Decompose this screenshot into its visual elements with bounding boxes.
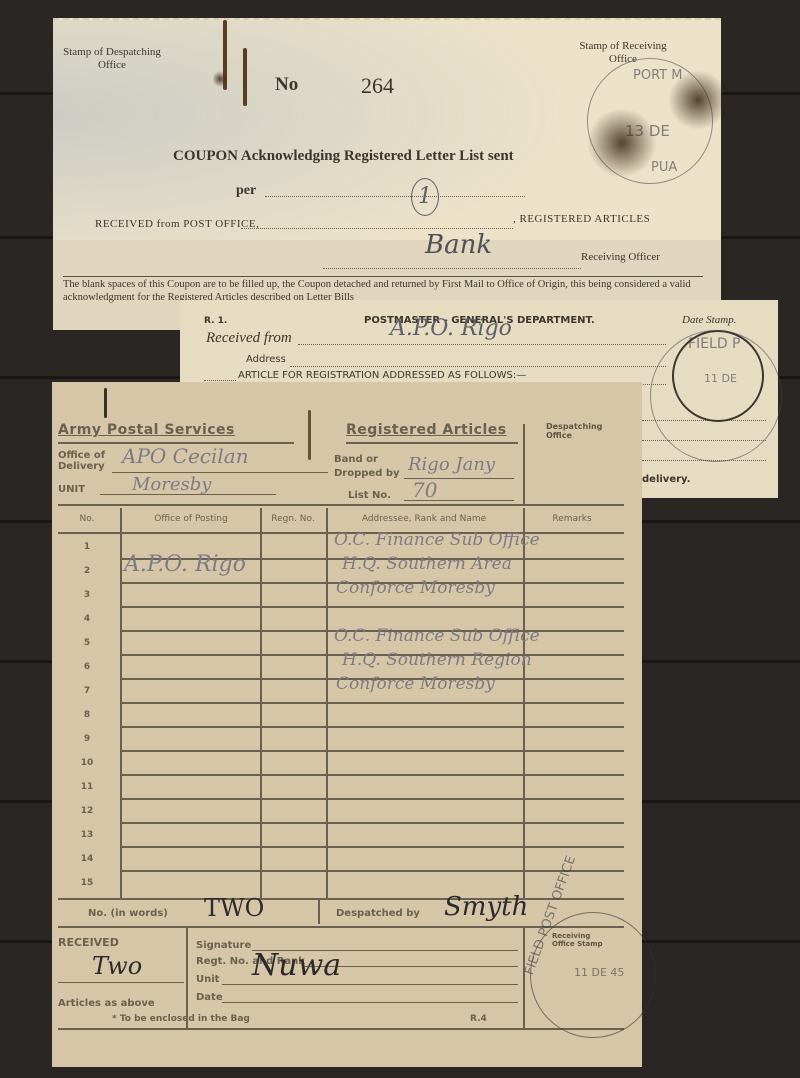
- postmark-text: FIELD P: [688, 336, 741, 352]
- coupon-separator: [63, 276, 703, 277]
- list-no-label: List No.: [348, 490, 391, 501]
- rust-mark: [243, 48, 247, 106]
- row-number: 14: [80, 854, 94, 864]
- col-header-addressee: Addressee, Rank and Name: [326, 514, 522, 524]
- date-label: Date: [196, 992, 223, 1003]
- row-number: 4: [80, 614, 94, 624]
- row-number: 15: [80, 878, 94, 888]
- army-postal-services-form: Army Postal Services Registered Articles…: [52, 382, 642, 1067]
- form-title-right: Registered Articles: [346, 422, 507, 438]
- row-line: [120, 726, 624, 728]
- postmark-date: 11 DE: [704, 372, 737, 385]
- addressee-value: O.C. Finance Sub Office: [334, 530, 540, 550]
- unit-label-bottom: Unit: [196, 974, 219, 985]
- form-title-left: Army Postal Services: [58, 422, 235, 438]
- col-header-regn: Regn. No.: [260, 514, 326, 524]
- row-number: 11: [80, 782, 94, 792]
- article-heading: ARTICLE FOR REGISTRATION ADDRESSED AS FO…: [238, 370, 526, 381]
- burn-stain: [668, 70, 728, 130]
- stamp-despatching-label: Stamp of Despatching Office: [57, 46, 167, 72]
- row-number: 8: [80, 710, 94, 720]
- received-from-field[interactable]: [241, 228, 513, 229]
- footer-line: [58, 1028, 624, 1030]
- row-line: [120, 702, 624, 704]
- postmark-date: 11 DE 45: [574, 966, 624, 979]
- table-bottom-border: [58, 898, 624, 900]
- articles-as-above-label: Articles as above: [58, 998, 155, 1009]
- coupon-number-prefix: No: [275, 74, 298, 96]
- col-header-no: No.: [62, 514, 112, 524]
- col-divider: [523, 508, 525, 900]
- no-in-words-label: No. (in words): [88, 908, 168, 919]
- office-of-posting-value: A.P.O. Rigo: [124, 552, 246, 577]
- addressee-value: H.Q. Southern Region: [342, 650, 532, 670]
- unit-label: UNIT: [58, 484, 85, 495]
- received-from-value: A.P.O. Rigo: [390, 316, 512, 341]
- despatched-by-label: Despatched by: [336, 908, 420, 919]
- receiving-officer-label: Receiving Officer: [581, 251, 660, 263]
- addressee-value: Conforce Moresby: [336, 674, 495, 694]
- receiving-officer-field[interactable]: [323, 268, 581, 269]
- address-field[interactable]: [290, 366, 666, 367]
- dropped-by-value: Rigo Jany: [408, 454, 495, 475]
- row-line: [120, 750, 624, 752]
- col-header-remarks: Remarks: [524, 514, 620, 524]
- col-divider: [326, 508, 328, 900]
- received-from-field[interactable]: [298, 344, 666, 345]
- office-of-delivery-value: APO Cecilan: [122, 444, 249, 468]
- row-number: 10: [80, 758, 94, 768]
- rust-mark: [308, 410, 311, 460]
- date-stamp-label: Date Stamp.: [682, 314, 736, 326]
- received-value: Two: [92, 952, 142, 980]
- receiver-signature: Nuwa: [252, 948, 341, 983]
- received-from-label: Received from: [206, 330, 292, 347]
- unit-field-bottom[interactable]: [222, 984, 518, 985]
- article-dots: [204, 380, 236, 381]
- table-top-border: [58, 504, 624, 506]
- per-value-handwritten: 1: [411, 178, 439, 216]
- receiving-officer-signature: Bank: [425, 230, 492, 260]
- divider: [523, 928, 525, 1028]
- coupon-title: COUPON Acknowledging Registered Letter L…: [173, 148, 514, 165]
- footer-note: * To be enclosed in the Bag: [112, 1014, 250, 1024]
- addressee-value: Conforce Moresby: [336, 578, 495, 598]
- address-label: Address: [246, 354, 286, 365]
- signature-label: Signature: [196, 940, 251, 951]
- divider: [318, 900, 320, 924]
- row-number: 6: [80, 662, 94, 672]
- band-label: Band or: [334, 454, 378, 465]
- form-code: R. 1.: [204, 316, 227, 326]
- row-number: 12: [80, 806, 94, 816]
- row-number: 13: [80, 830, 94, 840]
- ink-blot: [213, 70, 227, 88]
- list-no-value: 70: [412, 478, 437, 502]
- row-line: [120, 606, 624, 608]
- row-number: 3: [80, 590, 94, 600]
- row-number: 5: [80, 638, 94, 648]
- row-line: [120, 774, 624, 776]
- dropped-by-label: Dropped by: [334, 468, 400, 479]
- row-line: [120, 822, 624, 824]
- per-field[interactable]: [265, 196, 525, 197]
- received-field[interactable]: [58, 982, 184, 983]
- office-of-delivery-label: Office of Delivery: [58, 450, 118, 472]
- row-number: 9: [80, 734, 94, 744]
- col-header-office: Office of Posting: [122, 514, 260, 524]
- postmark-town-bottom: PUA: [651, 160, 677, 175]
- row-line: [120, 798, 624, 800]
- unit-value: Moresby: [132, 474, 211, 495]
- registered-letter-coupon: Stamp of Despatching Office Stamp of Rec…: [53, 18, 721, 330]
- row-number: 1: [80, 542, 94, 552]
- col-divider: [260, 508, 262, 900]
- row-line: [120, 870, 624, 872]
- date-field[interactable]: [222, 1002, 518, 1003]
- received-from-label: RECEIVED from POST OFFICE,: [95, 218, 259, 230]
- registered-articles-label: , REGISTERED ARTICLES: [513, 213, 650, 225]
- despatched-by-signature: Smyth: [444, 892, 528, 922]
- ink-mark: [104, 388, 107, 418]
- divider: [186, 928, 188, 1028]
- despatching-office-label: Despatching Office: [546, 422, 596, 440]
- form-code: R.4: [470, 1014, 487, 1024]
- title-underline: [346, 442, 518, 444]
- addressee-value: O.C. Finance Sub Office: [334, 626, 540, 646]
- burn-stain: [587, 108, 657, 178]
- delivery-text: delivery.: [642, 474, 690, 485]
- addressee-value: H.Q. Southern Area: [342, 554, 512, 574]
- header-divider: [523, 424, 525, 504]
- col-divider: [120, 508, 122, 900]
- per-label: per: [236, 183, 256, 199]
- office-of-delivery-field[interactable]: [112, 472, 328, 473]
- row-number: 7: [80, 686, 94, 696]
- row-number: 2: [80, 566, 94, 576]
- no-in-words-value: TWO: [204, 894, 264, 922]
- row-line: [120, 846, 624, 848]
- received-label: RECEIVED: [58, 936, 119, 949]
- coupon-number: 264: [361, 73, 394, 99]
